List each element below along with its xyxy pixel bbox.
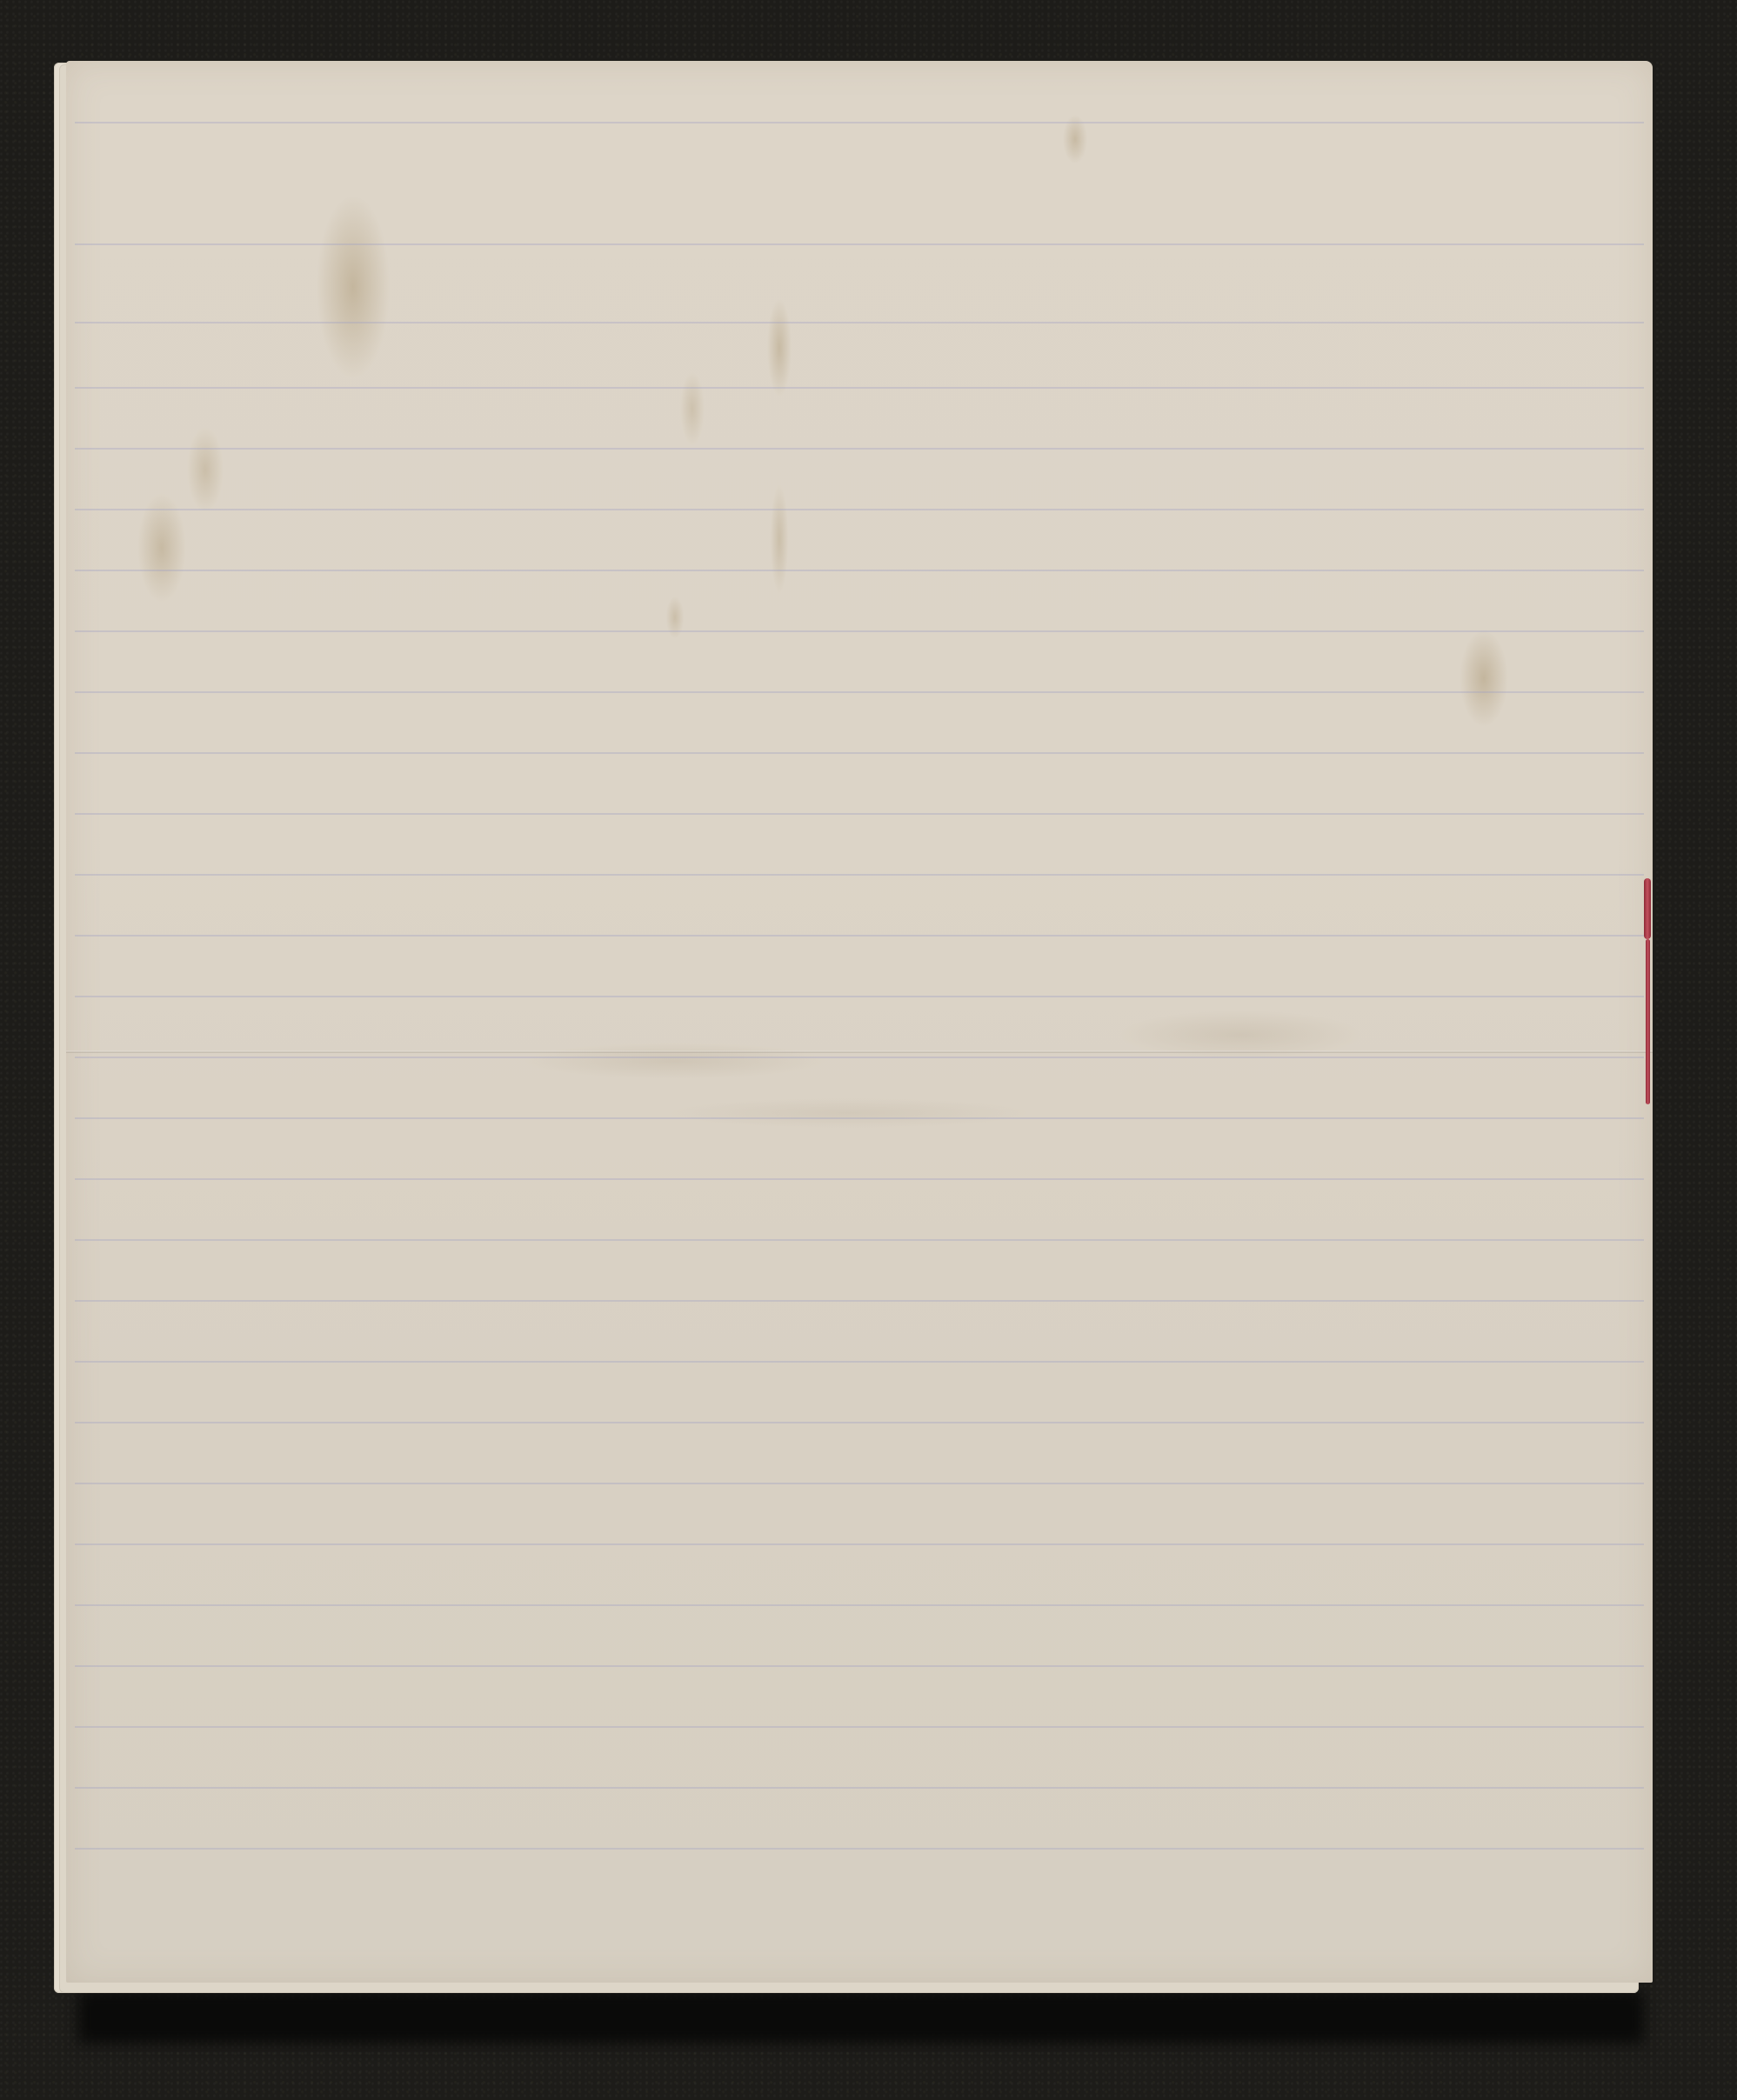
ruled-line — [75, 996, 1644, 997]
ruled-line — [75, 1117, 1644, 1119]
notebook — [54, 61, 1650, 1996]
ruled-line — [75, 1361, 1644, 1363]
ruled-line — [75, 813, 1644, 815]
page-shadow — [78, 1991, 1644, 2043]
ruled-line — [75, 1239, 1644, 1241]
ruled-line — [75, 570, 1644, 571]
ruled-line — [75, 874, 1644, 876]
ruled-line — [75, 1726, 1644, 1728]
ruled-line — [75, 448, 1644, 450]
ruled-line — [75, 752, 1644, 754]
ruled-line — [75, 1178, 1644, 1180]
ruled-line — [75, 1787, 1644, 1789]
horizontal-fold — [66, 1050, 1653, 1053]
ruled-line — [75, 691, 1644, 693]
ruled-line — [75, 1483, 1644, 1484]
ruled-line — [75, 1665, 1644, 1667]
ruled-line — [75, 1057, 1644, 1058]
ruled-line — [75, 935, 1644, 937]
ruled-line — [75, 630, 1644, 632]
ruled-line — [75, 1300, 1644, 1302]
ruled-line — [75, 122, 1644, 123]
ruled-line — [75, 1422, 1644, 1423]
ruled-line — [75, 1604, 1644, 1606]
binding-thread — [1646, 939, 1650, 1104]
ruled-line — [75, 243, 1644, 245]
ruled-line — [75, 1543, 1644, 1545]
ruled-line — [75, 387, 1644, 389]
ruled-line — [75, 322, 1644, 323]
ruled-line — [75, 1848, 1644, 1850]
ruled-page — [66, 61, 1653, 1983]
ruled-line — [75, 509, 1644, 510]
binding-thread — [1644, 878, 1651, 939]
